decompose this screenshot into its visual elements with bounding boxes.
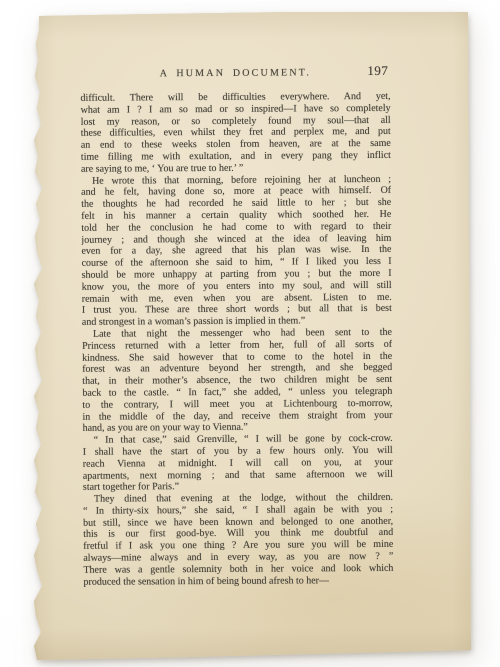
paragraph: difficult. There will be difficulties ev… [81,91,391,175]
text-line: time filling me with exultation, and in … [81,150,391,164]
paragraph: “ In that case,” said Grenville, “ I wil… [83,433,393,494]
book-page: A HUMAN DOCUMENT. 197 difficult. There w… [30,10,476,662]
text-line: apartments, next morning ; and that same… [83,468,393,482]
photo-background: A HUMAN DOCUMENT. 197 difficult. There w… [0,0,500,667]
text-line: I trust you. These are three short words… [82,303,392,317]
header-title: A HUMAN DOCUMENT. [80,67,390,80]
paragraph: They dined that evening at the lodge, wi… [83,492,394,588]
paragraph: Late that night the messenger who had be… [82,327,393,435]
paragraph: He wrote this that morning, before rejoi… [81,173,392,328]
page-content: A HUMAN DOCUMENT. 197 difficult. There w… [80,9,394,663]
text-line: produced the sensation in him of being b… [83,575,393,589]
text-line: There was a gentle solemnity both in her… [83,563,393,577]
text-line: in the middle of the day, and receive th… [82,409,392,423]
page-number: 197 [367,63,388,79]
running-head: A HUMAN DOCUMENT. 197 [80,65,390,83]
page-shadow: A HUMAN DOCUMENT. 197 difficult. There w… [0,0,500,667]
text-block: difficult. There will be difficulties ev… [81,91,394,588]
